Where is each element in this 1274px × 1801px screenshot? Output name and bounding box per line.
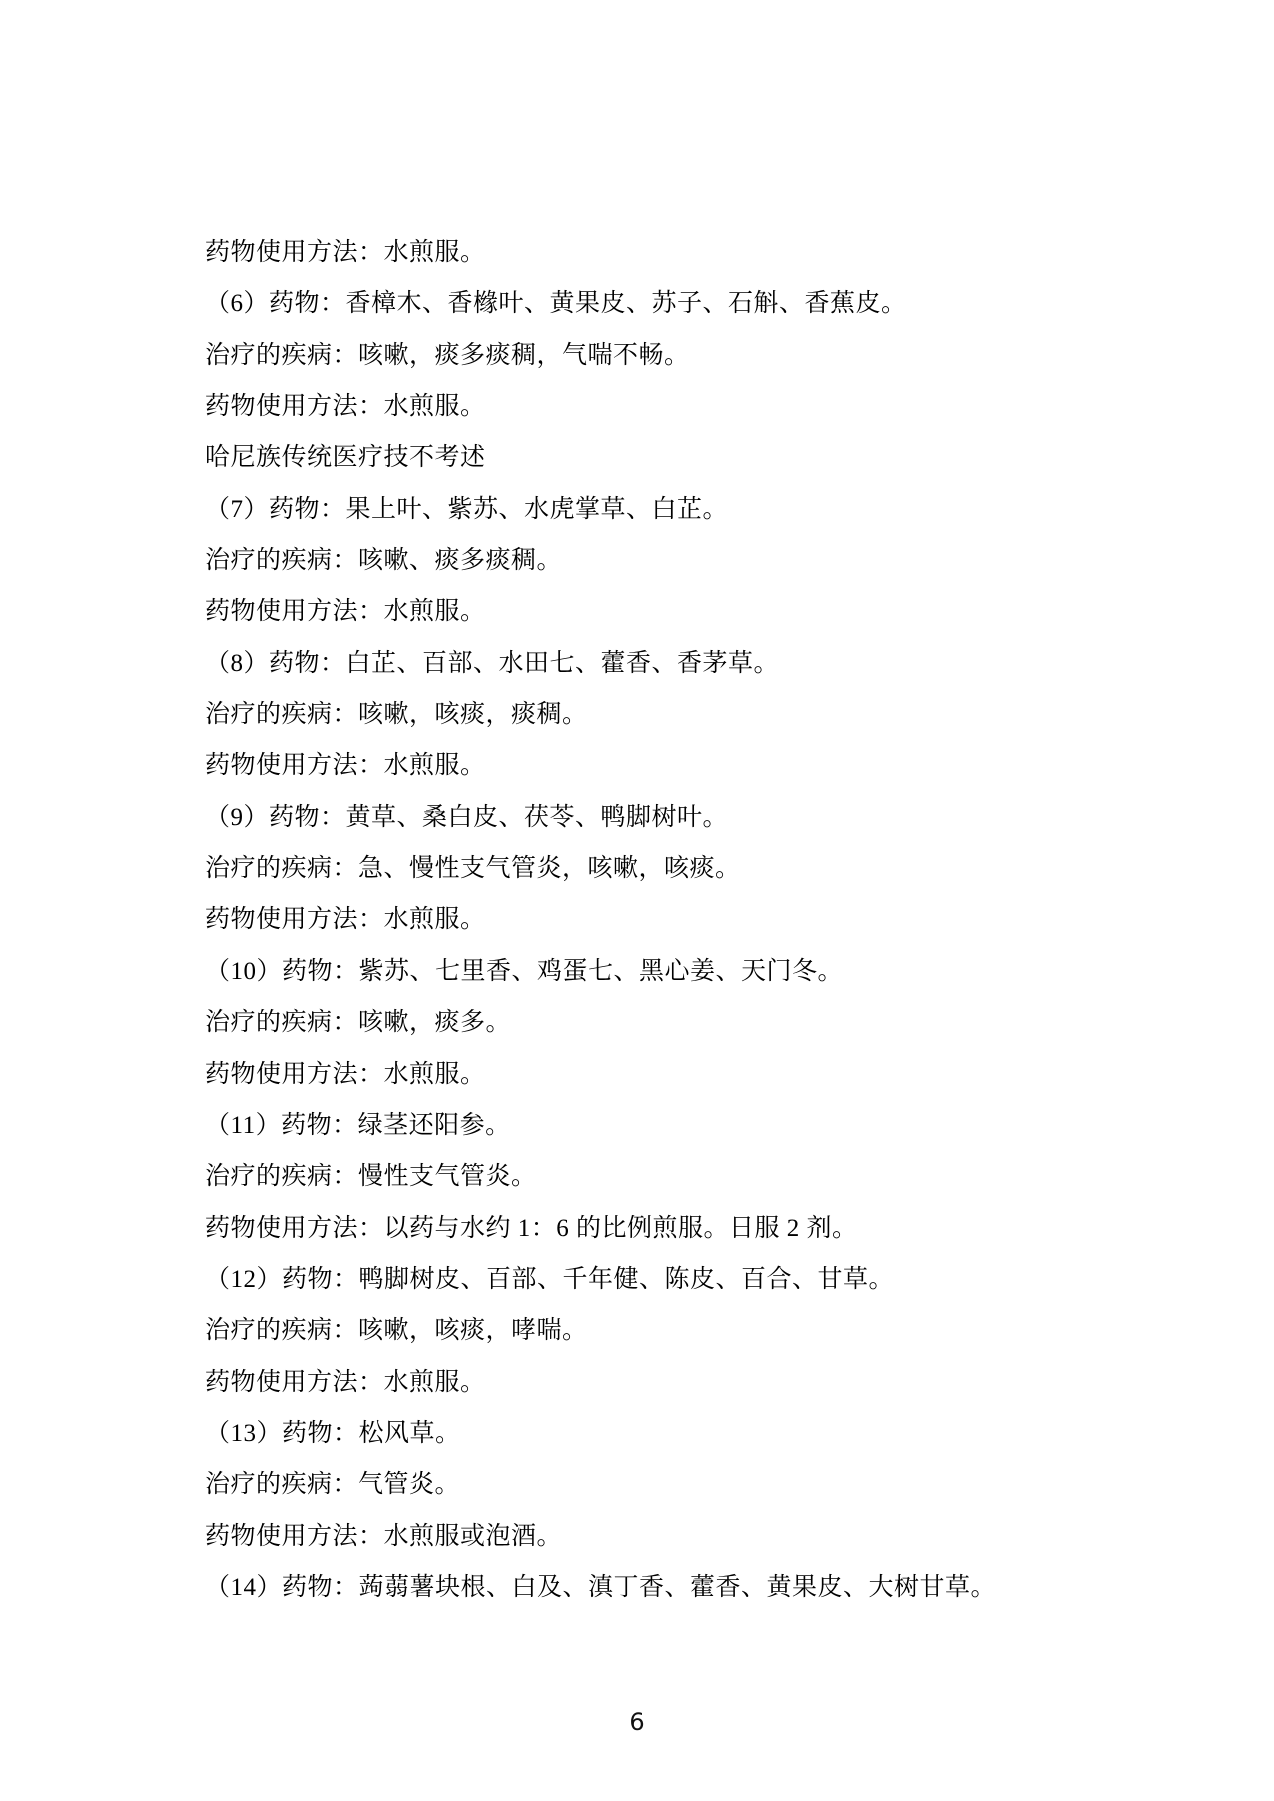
text-line: 药物使用方法：水煎服。 — [205, 1049, 1125, 1100]
text-line: 药物使用方法：水煎服。 — [205, 381, 1125, 432]
text-line: （9）药物：黄草、桑白皮、茯苓、鸭脚树叶。 — [205, 792, 1125, 843]
text-line: 治疗的疾病：咳嗽，咳痰，哮喘。 — [205, 1305, 1125, 1356]
document-body: 药物使用方法：水煎服。 （6）药物：香樟木、香橼叶、黄果皮、苏子、石斛、香蕉皮。… — [205, 227, 1125, 1613]
text-line: 药物使用方法：水煎服。 — [205, 1357, 1125, 1408]
page-footer: 6 — [0, 1708, 1274, 1736]
text-line: 药物使用方法：水煎服。 — [205, 227, 1125, 278]
text-line: 药物使用方法：水煎服或泡酒。 — [205, 1511, 1125, 1562]
text-line: （14）药物：蒟蒻薯块根、白及、滇丁香、藿香、黄果皮、大树甘草。 — [205, 1562, 1125, 1613]
text-line: （10）药物：紫苏、七里香、鸡蛋七、黑心姜、天门冬。 — [205, 946, 1125, 997]
text-line: 药物使用方法：以药与水约 1：6 的比例煎服。日服 2 剂。 — [205, 1203, 1125, 1254]
text-line: 治疗的疾病：气管炎。 — [205, 1459, 1125, 1510]
text-line: 治疗的疾病：咳嗽，咳痰，痰稠。 — [205, 689, 1125, 740]
text-line: 治疗的疾病：咳嗽，痰多。 — [205, 997, 1125, 1048]
text-line: 治疗的疾病：急、慢性支气管炎，咳嗽，咳痰。 — [205, 843, 1125, 894]
page-number: 6 — [629, 1708, 644, 1736]
text-line: （12）药物：鸭脚树皮、百部、千年健、陈皮、百合、甘草。 — [205, 1254, 1125, 1305]
text-line: 药物使用方法：水煎服。 — [205, 894, 1125, 945]
text-line: （11）药物：绿茎还阳参。 — [205, 1100, 1125, 1151]
text-line: 治疗的疾病：咳嗽，痰多痰稠，气喘不畅。 — [205, 330, 1125, 381]
text-line: 药物使用方法：水煎服。 — [205, 740, 1125, 791]
document-page: 药物使用方法：水煎服。 （6）药物：香樟木、香橼叶、黄果皮、苏子、石斛、香蕉皮。… — [0, 0, 1274, 1801]
text-line: 治疗的疾病：慢性支气管炎。 — [205, 1151, 1125, 1202]
text-line: 药物使用方法：水煎服。 — [205, 586, 1125, 637]
text-line: （8）药物：白芷、百部、水田七、藿香、香茅草。 — [205, 638, 1125, 689]
text-line: 治疗的疾病：咳嗽、痰多痰稠。 — [205, 535, 1125, 586]
text-line: （13）药物：松风草。 — [205, 1408, 1125, 1459]
text-line: （7）药物：果上叶、紫苏、水虎掌草、白芷。 — [205, 484, 1125, 535]
text-line: 哈尼族传统医疗技不考述 — [205, 432, 1125, 483]
text-line: （6）药物：香樟木、香橼叶、黄果皮、苏子、石斛、香蕉皮。 — [205, 278, 1125, 329]
